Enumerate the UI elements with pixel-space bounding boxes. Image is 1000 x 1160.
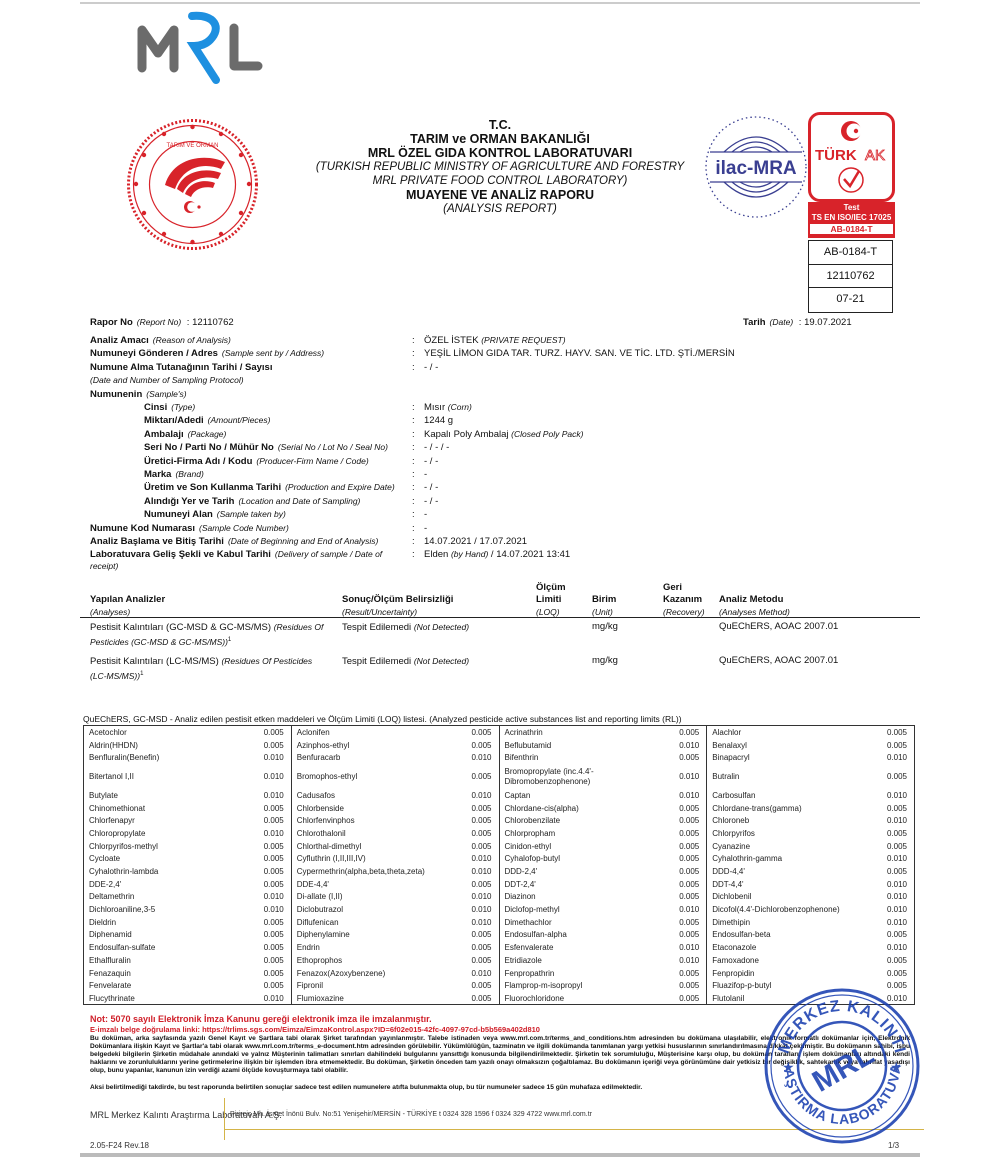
report-number-label-en: (Report No)	[137, 317, 181, 327]
pesticide-loq: 0.005	[875, 867, 907, 876]
info-label: Üretim ve Son Kullanma Tarihi(Production…	[144, 482, 395, 493]
pesticide-row: Dichloroaniline,3-50.010	[89, 903, 286, 916]
pesticide-loq: 0.010	[875, 905, 907, 914]
info-colon: :	[412, 402, 415, 413]
pesticide-row: Fluorochloridone0.005	[505, 992, 702, 1005]
info-row: Marka(Brand):-	[144, 469, 964, 482]
info-value: - / -	[424, 456, 438, 467]
info-colon: :	[412, 335, 415, 346]
pesticide-row: Esfenvalerate0.010	[505, 941, 702, 954]
pesticide-row: Ethoprophos0.005	[297, 954, 494, 967]
pesticide-row: Di-allate (I,II)0.010	[297, 891, 494, 904]
pesticide-loq: 0.005	[667, 994, 699, 1003]
pesticide-name: Dimethipin	[712, 918, 875, 927]
report-header: T.C. TARIM ve ORMAN BAKANLIĞI MRL ÖZEL G…	[280, 118, 720, 216]
pesticide-loq: 0.010	[460, 867, 492, 876]
pesticide-name: Endrin	[297, 943, 460, 952]
info-value: YEŞİL LİMON GIDA TAR. TURZ. HAYV. SAN. V…	[424, 348, 735, 359]
pesticide-row: Famoxadone0.005	[712, 954, 909, 967]
turkak-test-text: Test	[808, 203, 895, 213]
svg-text:MRL: MRL	[807, 1038, 880, 1099]
pesticide-row: Captan0.010	[505, 789, 702, 802]
info-label: Seri No / Parti No / Mühür No(Serial No …	[144, 442, 388, 453]
pesticide-name: Cyhalofop-butyl	[505, 854, 668, 863]
pesticide-loq: 0.010	[875, 892, 907, 901]
pesticide-loq: 0.005	[460, 956, 492, 965]
pesticide-name: Diflufenican	[297, 918, 460, 927]
svg-text:★: ★	[890, 1059, 903, 1075]
info-colon: :	[412, 482, 415, 493]
pesticide-loq: 0.005	[875, 772, 907, 782]
pesticide-row: Benfluralin(Benefin)0.010	[89, 751, 286, 764]
report-date-value: : 19.07.2021	[799, 317, 852, 328]
info-value: Kapalı Poly Ambalaj (Closed Poly Pack)	[424, 429, 583, 440]
info-value: -	[424, 469, 427, 480]
pesticide-row: Cyanazine0.005	[712, 840, 909, 853]
pesticide-name: Benfluralin(Benefin)	[89, 753, 252, 762]
pesticide-loq: 0.010	[667, 772, 699, 782]
info-colon: :	[412, 348, 415, 359]
verification-link[interactable]: E-imzalı belge doğrulama linki: https://…	[90, 1025, 540, 1034]
svg-text:★: ★	[782, 1059, 795, 1075]
pesticide-loq: 0.010	[875, 943, 907, 952]
pesticide-row: Fipronil0.005	[297, 979, 494, 992]
pesticide-row: Endosulfan-beta0.005	[712, 929, 909, 942]
pesticide-row: DDE-4,4'0.005	[297, 878, 494, 891]
info-label: Numuneyi Gönderen / Adres(Sample sent by…	[90, 348, 324, 359]
ministry-seal-icon: TARIM VE ORMAN	[125, 117, 260, 252]
info-colon: :	[412, 456, 415, 467]
pesticide-loq: 0.005	[667, 854, 699, 863]
info-colon: :	[412, 509, 415, 520]
pesticide-name: Chlorothalonil	[297, 829, 460, 838]
pesticide-loq: 0.005	[875, 829, 907, 838]
pesticide-loq: 0.005	[875, 930, 907, 939]
info-colon: :	[412, 523, 415, 534]
pesticide-loq: 0.010	[667, 956, 699, 965]
pesticide-name: Diclofop-methyl	[505, 905, 668, 914]
pesticide-loq: 0.005	[252, 867, 284, 876]
pesticide-row: Fenpropidin0.005	[712, 967, 909, 980]
pesticide-loq: 0.005	[460, 880, 492, 889]
form-revision: 2.05-F24 Rev.18	[90, 1141, 149, 1150]
pesticide-loq: 0.005	[460, 772, 492, 782]
info-subnote: (Date and Number of Sampling Protocol)	[90, 375, 244, 385]
info-value: Mısır (Corn)	[424, 402, 472, 413]
info-row: Alındığı Yer ve Tarih(Location and Date …	[144, 496, 964, 509]
pesticide-name: Dieldrin	[89, 918, 252, 927]
col-recovery-header-1: Geri	[663, 582, 682, 593]
pesticide-row: Endrin0.005	[297, 941, 494, 954]
svg-text:TÜRK: TÜRK	[815, 147, 857, 164]
info-row: Miktarı/Adedi(Amount/Pieces):1244 g	[144, 415, 964, 428]
pesticide-name: Etridiazole	[505, 956, 668, 965]
pesticide-loq: 0.005	[667, 930, 699, 939]
pesticide-loq: 0.010	[252, 905, 284, 914]
pesticide-loq: 0.010	[460, 791, 492, 800]
pesticide-row: Chloropropylate0.010	[89, 827, 286, 840]
pesticide-loq: 0.005	[875, 969, 907, 978]
pesticide-name: Flumioxazine	[297, 994, 460, 1003]
turkak-logo-icon: TÜRK AK	[808, 112, 895, 202]
pesticide-row: Dimethachlor0.005	[505, 916, 702, 929]
pesticide-row: Bifenthrin0.005	[505, 751, 702, 764]
info-colon: :	[412, 469, 415, 480]
pesticide-row: Benfuracarb0.010	[297, 751, 494, 764]
pesticide-list-caption: QuEChERS, GC-MSD - Analiz edilen pestisi…	[83, 714, 682, 724]
pesticide-row: Binapacryl0.010	[712, 751, 909, 764]
pesticide-row: DDD-2,4'0.005	[505, 865, 702, 878]
pesticide-row: Chlordane-trans(gamma)0.005	[712, 802, 909, 815]
pesticide-row: Aclonifen0.005	[297, 726, 494, 739]
pesticide-name: Flucythrinate	[89, 994, 252, 1003]
pesticide-name: Dimethachlor	[505, 918, 668, 927]
pesticide-row: DDT-2,4'0.005	[505, 878, 702, 891]
pesticide-name: Cinidon-ethyl	[505, 842, 668, 851]
pesticide-row: Fenpropathrin0.005	[505, 967, 702, 980]
col-unit-header-en: (Unit)	[592, 607, 613, 617]
pesticide-name: Dichlobenil	[712, 892, 875, 901]
info-colon: :	[412, 496, 415, 507]
pesticide-name: Fenpropidin	[712, 969, 875, 978]
pesticide-loq: 0.005	[667, 842, 699, 851]
info-value: 1244 g	[424, 415, 453, 426]
header-ministry: TARIM ve ORMAN BAKANLIĞI	[280, 132, 720, 146]
footer-divider	[224, 1098, 225, 1140]
pesticide-name: Chlorbenside	[297, 804, 460, 813]
pesticide-name: Benfuracarb	[297, 753, 460, 762]
pesticide-loq: 0.010	[460, 892, 492, 901]
analysis-unit: mg/kg	[592, 621, 618, 633]
pesticide-name: Fenvelarate	[89, 981, 252, 990]
pesticide-name: Chlorpropham	[505, 829, 668, 838]
pesticide-name: Dicofol(4.4'-Dichlorobenzophenone)	[712, 905, 875, 914]
pesticide-name: Alachlor	[712, 728, 875, 737]
pesticide-loq: 0.005	[667, 880, 699, 889]
pesticide-row: Aldrin(HHDN)0.005	[89, 739, 286, 752]
info-colon: :	[412, 415, 415, 426]
pesticide-loq: 0.005	[460, 943, 492, 952]
col-method-header: Analiz Metodu	[719, 594, 783, 605]
page-title: MUAYENE VE ANALİZ RAPORU	[280, 188, 720, 202]
pesticide-table: Acetochlor0.005Aldrin(HHDN)0.005Benflura…	[83, 725, 915, 1005]
pesticide-name: Fenazox(Azoxybenzene)	[297, 969, 460, 978]
pesticide-name: Captan	[505, 791, 668, 800]
svg-text:AK: AK	[865, 147, 885, 164]
pesticide-name: Dichloroaniline,3-5	[89, 905, 252, 914]
pesticide-name: Cadusafos	[297, 791, 460, 800]
pesticide-row: Chinomethionat0.005	[89, 802, 286, 815]
info-value: 14.07.2021 / 17.07.2021	[424, 536, 527, 547]
pesticide-loq: 0.005	[667, 969, 699, 978]
page-title-en: (ANALYSIS REPORT)	[280, 202, 720, 216]
pesticide-row: Butylate0.010	[89, 789, 286, 802]
analysis-result: Tespit Edilemedi (Not Detected)	[342, 621, 469, 634]
pesticide-loq: 0.005	[252, 981, 284, 990]
pesticide-row: Cycloate0.005	[89, 853, 286, 866]
pesticide-name: Bitertanol I,II	[89, 772, 252, 782]
pesticide-row: Dichlobenil0.010	[712, 891, 909, 904]
info-label: Marka(Brand)	[144, 469, 204, 480]
pesticide-name: Cyhalothrin-lambda	[89, 867, 252, 876]
pesticide-row: Bromophos-ethyl0.005	[297, 764, 494, 789]
pesticide-row: Flucythrinate0.010	[89, 992, 286, 1005]
pesticide-loq: 0.005	[252, 842, 284, 851]
pesticide-name: Fenazaquin	[89, 969, 252, 978]
info-row: Üretim ve Son Kullanma Tarihi(Production…	[144, 482, 964, 495]
pesticide-loq: 0.005	[667, 816, 699, 825]
pesticide-name: Bromophos-ethyl	[297, 772, 460, 782]
pesticide-column: Acrinathrin0.005Beflubutamid0.010Bifenth…	[500, 726, 708, 1004]
header-lab-en: MRL PRIVATE FOOD CONTROL LABORATORY)	[280, 174, 720, 188]
analysis-method: QuEChERS, AOAC 2007.01	[719, 621, 838, 633]
pesticide-row: Etaconazole0.010	[712, 941, 909, 954]
pesticide-row: Diclobutrazol0.010	[297, 903, 494, 916]
pesticide-row: Chlorfenvinphos0.005	[297, 814, 494, 827]
col-loq-header-1: Ölçüm	[536, 582, 566, 593]
pesticide-loq: 0.005	[875, 804, 907, 813]
pesticide-row: Diflufenican0.010	[297, 916, 494, 929]
pesticide-loq: 0.010	[460, 918, 492, 927]
info-row: Ambalajı(Package):Kapalı Poly Ambalaj (C…	[144, 429, 964, 442]
report-date-label: Tarih	[743, 317, 766, 328]
info-value: - / -	[424, 482, 438, 493]
pesticide-loq: 0.010	[460, 753, 492, 762]
pesticide-row: Chlorpyrifos0.005	[712, 827, 909, 840]
pesticide-row: Azinphos-ethyl0.005	[297, 739, 494, 752]
pesticide-row: Diphenamid0.005	[89, 929, 286, 942]
info-row: Numuneyi Alan(Sample taken by):-	[144, 509, 964, 522]
info-row: Seri No / Parti No / Mühür No(Serial No …	[144, 442, 964, 455]
pesticide-loq: 0.010	[252, 994, 284, 1003]
pesticide-name: Diclobutrazol	[297, 905, 460, 914]
pesticide-row: Fenazaquin0.005	[89, 967, 286, 980]
pesticide-row: Butralin0.005	[712, 764, 909, 789]
pesticide-loq: 0.005	[667, 981, 699, 990]
pesticide-loq: 0.005	[460, 829, 492, 838]
lab-stamp-icon: MERKEZ KALINTI ARAŞTIRMA LABORATUVARI ★ …	[762, 986, 922, 1146]
pesticide-row: Cypermethrin(alpha,beta,theta,zeta)0.010	[297, 865, 494, 878]
pesticide-loq: 0.010	[875, 854, 907, 863]
pesticide-row: Endosulfan-alpha0.005	[505, 929, 702, 942]
pesticide-name: Chlordane-trans(gamma)	[712, 804, 875, 813]
pesticide-loq: 0.005	[875, 842, 907, 851]
ilac-mra-logo-icon: ilac-MRA	[702, 112, 810, 222]
pesticide-name: Beflubutamid	[505, 741, 668, 750]
accreditation-box: AB-0184-T 12110762 07-21	[808, 240, 893, 313]
pesticide-row: DDD-4,4'0.005	[712, 865, 909, 878]
pesticide-column: Alachlor0.005Benalaxyl0.005Binapacryl0.0…	[707, 726, 914, 1004]
pesticide-name: Chinomethionat	[89, 804, 252, 813]
footer-address: Pirireis Mh. İsmet İnönü Bulv. No:51 Yen…	[230, 1111, 592, 1118]
pesticide-name: Ethalfluralin	[89, 956, 252, 965]
pesticide-loq: 0.005	[460, 842, 492, 851]
pesticide-column: Aclonifen0.005Azinphos-ethyl0.005Benfura…	[292, 726, 500, 1004]
pesticide-name: Esfenvalerate	[505, 943, 668, 952]
pesticide-row: Fenvelarate0.005	[89, 979, 286, 992]
col-loq-header-en: (LOQ)	[536, 607, 560, 617]
pesticide-name: Chlorfenvinphos	[297, 816, 460, 825]
pesticide-name: Azinphos-ethyl	[297, 741, 460, 750]
col-method-header-en: (Analyses Method)	[719, 607, 790, 617]
pesticide-row: Flumioxazine0.005	[297, 992, 494, 1005]
pesticide-row: Chlordane-cis(alpha)0.005	[505, 802, 702, 815]
pesticide-loq: 0.005	[667, 892, 699, 901]
pesticide-loq: 0.010	[460, 854, 492, 863]
pesticide-loq: 0.005	[252, 804, 284, 813]
info-value: -	[424, 523, 427, 534]
pesticide-name: Binapacryl	[712, 753, 875, 762]
pesticide-row: Chlorothalonil0.005	[297, 827, 494, 840]
info-colon: :	[412, 429, 415, 440]
pesticide-name: DDD-4,4'	[712, 867, 875, 876]
pesticide-row: Chlorobenzilate0.005	[505, 814, 702, 827]
pesticide-name: Flamprop-m-isopropyl	[505, 981, 668, 990]
info-label: Numune Kod Numarası(Sample Code Number)	[90, 523, 289, 534]
report-number-label: Rapor No	[90, 317, 133, 328]
pesticide-row: Cyfluthrin (I,II,III,IV)0.010	[297, 853, 494, 866]
pesticide-row: Chlorbenside0.005	[297, 802, 494, 815]
info-label: Numune Alma Tutanağının Tarihi / Sayısı	[90, 362, 276, 373]
analysis-name: Pestisit Kalıntıları (GC-MSD & GC-MS/MS)…	[90, 621, 345, 649]
info-value: -	[424, 509, 427, 520]
pesticide-loq: 0.005	[667, 728, 699, 737]
pesticide-row: Diclofop-methyl0.010	[505, 903, 702, 916]
pesticide-row: Chlorpropham0.005	[505, 827, 702, 840]
pesticide-name: Fipronil	[297, 981, 460, 990]
col-result-header: Sonuç/Ölçüm Belirsizliği	[342, 594, 453, 605]
pesticide-row: Bromopropylate (inc.4.4'-Dibromobenzophe…	[505, 764, 702, 789]
info-colon: :	[412, 536, 415, 547]
info-label: Cinsi(Type)	[144, 402, 195, 413]
pesticide-name: Bromopropylate (inc.4.4'-Dibromobenzophe…	[505, 767, 668, 787]
info-row: Laboratuvara Geliş Şekli ve Kabul Tarihi…	[90, 549, 910, 562]
pesticide-name: Cycloate	[89, 854, 252, 863]
col-recovery-header-2: Kazanım	[663, 594, 702, 605]
pesticide-loq: 0.005	[460, 816, 492, 825]
info-label: Alındığı Yer ve Tarih(Location and Date …	[144, 496, 360, 507]
info-row: Analiz Başlama ve Bitiş Tarihi(Date of B…	[90, 536, 910, 549]
pesticide-name: Chlorobenzilate	[505, 816, 668, 825]
report-number-value: : 12110762	[187, 317, 234, 328]
pesticide-row: Dicofol(4.4'-Dichlorobenzophenone)0.010	[712, 903, 909, 916]
turkak-code-text: AB-0184-T	[810, 224, 893, 234]
pesticide-loq: 0.010	[460, 905, 492, 914]
pesticide-loq: 0.010	[252, 892, 284, 901]
col-analysis-header: Yapılan Analizler	[90, 594, 165, 605]
info-row: Numuneyi Gönderen / Adres(Sample sent by…	[90, 348, 910, 361]
pesticide-name: Chloropropylate	[89, 829, 252, 838]
pesticide-row: Chloroneb0.010	[712, 814, 909, 827]
pesticide-row: Deltamethrin0.010	[89, 891, 286, 904]
col-analysis-header-en: (Analyses)	[90, 607, 130, 617]
pesticide-name: Fluorochloridone	[505, 994, 668, 1003]
info-label: Numuneyi Alan(Sample taken by)	[144, 509, 286, 520]
pesticide-loq: 0.010	[667, 943, 699, 952]
pesticide-row: Acrinathrin0.005	[505, 726, 702, 739]
info-value: ÖZEL İSTEK (PRIVATE REQUEST)	[424, 335, 566, 346]
pesticide-name: Deltamethrin	[89, 892, 252, 901]
pesticide-loq: 0.005	[252, 943, 284, 952]
pesticide-name: Cypermethrin(alpha,beta,theta,zeta)	[297, 867, 460, 876]
pesticide-name: Benalaxyl	[712, 741, 875, 750]
pesticide-loq: 0.010	[667, 905, 699, 914]
page-margin	[0, 0, 80, 1160]
pesticide-name: Aclonifen	[297, 728, 460, 737]
pesticide-name: DDE-2,4'	[89, 880, 252, 889]
pesticide-name: Endosulfan-sulfate	[89, 943, 252, 952]
pesticide-row: Cyhalothrin-gamma0.010	[712, 853, 909, 866]
info-label: Analiz Başlama ve Bitiş Tarihi(Date of B…	[90, 536, 378, 547]
pesticide-row: Flamprop-m-isopropyl0.005	[505, 979, 702, 992]
pesticide-row: Chlorfenapyr0.005	[89, 814, 286, 827]
pesticide-name: Fenpropathrin	[505, 969, 668, 978]
info-label: Analiz Amacı(Reason of Analysis)	[90, 335, 231, 346]
header-ministry-en: (TURKISH REPUBLIC MINISTRY OF AGRICULTUR…	[280, 160, 720, 174]
pesticide-loq: 0.005	[460, 994, 492, 1003]
pesticide-name: Chlorfenapyr	[89, 816, 252, 825]
pesticide-row: Chlorpyrifos-methyl0.005	[89, 840, 286, 853]
pesticide-column: Acetochlor0.005Aldrin(HHDN)0.005Benflura…	[84, 726, 292, 1004]
pesticide-loq: 0.005	[667, 918, 699, 927]
report-date: Tarih(Date) : 19.07.2021	[743, 317, 852, 328]
pesticide-loq: 0.005	[667, 867, 699, 876]
pesticide-loq: 0.005	[460, 728, 492, 737]
pesticide-name: Bifenthrin	[505, 753, 668, 762]
pesticide-name: DDT-4,4'	[712, 880, 875, 889]
pesticide-name: Cyhalothrin-gamma	[712, 854, 875, 863]
pesticide-name: Diphenylamine	[297, 930, 460, 939]
pesticide-loq: 0.010	[875, 753, 907, 762]
col-result-header-en: (Result/Uncertainty)	[342, 607, 417, 617]
analysis-unit: mg/kg	[592, 655, 618, 667]
pesticide-row: Dimethipin0.010	[712, 916, 909, 929]
info-wrap: receipt)	[90, 561, 118, 571]
info-row: Analiz Amacı(Reason of Analysis):ÖZEL İS…	[90, 335, 910, 348]
pesticide-name: Chlorthal-dimethyl	[297, 842, 460, 851]
pesticide-loq: 0.005	[252, 728, 284, 737]
info-value: - / -	[424, 362, 438, 373]
pesticide-row: Ethalfluralin0.005	[89, 954, 286, 967]
pesticide-loq: 0.010	[667, 791, 699, 800]
info-value: Elden (by Hand) / 14.07.2021 13:41	[424, 549, 570, 560]
pesticide-row: Cinidon-ethyl0.005	[505, 840, 702, 853]
svg-text:ilac-MRA: ilac-MRA	[715, 158, 797, 179]
pesticide-loq: 0.005	[460, 930, 492, 939]
pesticide-loq: 0.005	[252, 956, 284, 965]
pesticide-name: Carbosulfan	[712, 791, 875, 800]
pesticide-row: Diphenylamine0.005	[297, 929, 494, 942]
info-row: Cinsi(Type):Mısır (Corn)	[144, 402, 964, 415]
info-row: Numune Alma Tutanağının Tarihi / Sayısı:…	[90, 362, 910, 375]
pesticide-row: Endosulfan-sulfate0.005	[89, 941, 286, 954]
pesticide-row: Bitertanol I,II0.010	[89, 764, 286, 789]
table-header-rule	[80, 617, 920, 618]
pesticide-row: Benalaxyl0.005	[712, 739, 909, 752]
pesticide-loq: 0.010	[875, 816, 907, 825]
pesticide-loq: 0.005	[667, 804, 699, 813]
signature-note: Not: 5070 sayılı Elektronik İmza Kanunu …	[90, 1014, 432, 1024]
analysis-method: QuEChERS, AOAC 2007.01	[719, 655, 838, 667]
pesticide-row: Beflubutamid0.010	[505, 739, 702, 752]
pesticide-row: Dieldrin0.005	[89, 916, 286, 929]
info-value: - / - / -	[424, 442, 449, 453]
pesticide-loq: 0.005	[252, 816, 284, 825]
pesticide-loq: 0.010	[252, 753, 284, 762]
pesticide-loq: 0.010	[667, 741, 699, 750]
pesticide-loq: 0.005	[667, 753, 699, 762]
pesticide-name: Cyfluthrin (I,II,III,IV)	[297, 854, 460, 863]
